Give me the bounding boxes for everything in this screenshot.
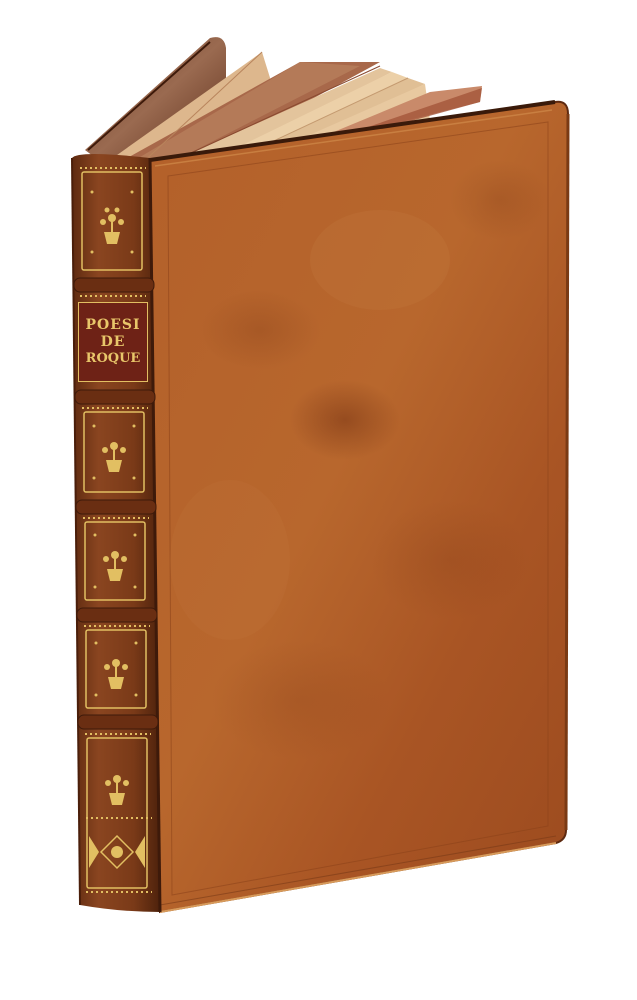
spine-title-label: POESI DE ROQUE bbox=[78, 302, 148, 382]
spine-title-line-3: ROQUE bbox=[86, 351, 141, 367]
front-cover bbox=[150, 102, 568, 912]
spine bbox=[72, 154, 160, 912]
spine-title-line-2: DE bbox=[101, 334, 126, 350]
spine-title-line-1: POESI bbox=[85, 317, 140, 333]
book-illustration bbox=[0, 0, 637, 1000]
book-photo: POESI DE ROQUE bbox=[0, 0, 637, 1000]
